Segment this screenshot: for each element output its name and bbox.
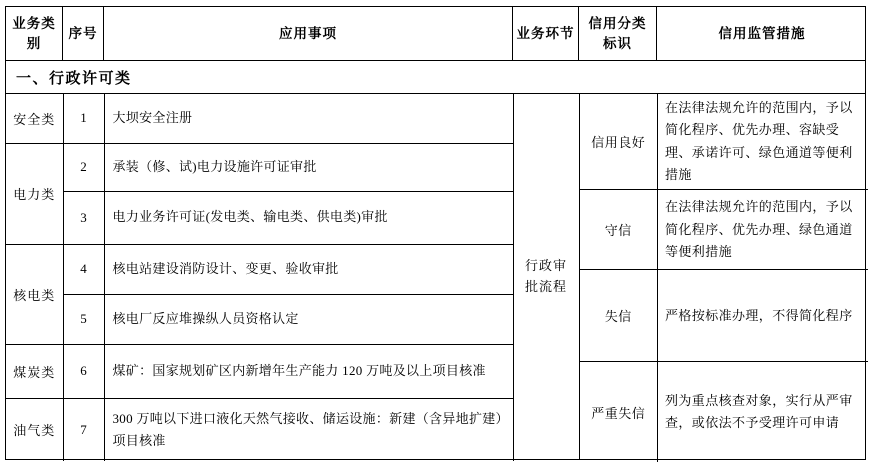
- serial-cell: 6: [63, 344, 104, 398]
- measure-cell: 在法律法规允许的范围内，予以简化程序、优先办理、容缺受理、承诺许可、绿色通道等便…: [658, 94, 868, 190]
- measure-cell: 严格按标准办理，不得简化程序: [658, 270, 868, 362]
- header-business-stage: 业务环节: [513, 7, 579, 60]
- header-credit-measures: 信用监管措施: [657, 7, 867, 60]
- serial-cell: 4: [63, 244, 104, 294]
- serial-cell: 1: [63, 94, 104, 143]
- header-serial-no: 序号: [63, 7, 104, 60]
- category-cell: 电力类: [6, 143, 63, 244]
- item-cell: 煤矿：国家规划矿区内新增年生产能力 120 万吨及以上项目核准: [104, 344, 513, 398]
- category-cell: 安全类: [6, 94, 63, 143]
- table-row: 煤炭类 6 煤矿：国家规划矿区内新增年生产能力 120 万吨及以上项目核准: [6, 344, 513, 398]
- table-row: 油气类 7 300 万吨以下进口液化天然气接收、储运设施：新建（含异地扩建）项目…: [6, 398, 513, 461]
- item-cell: 大坝安全注册: [104, 94, 513, 143]
- credit-label-cell: 守信: [580, 190, 658, 270]
- table-row: 核电类 4 核电站建设消防设计、变更、验收审批: [6, 244, 513, 294]
- table-row: 安全类 1 大坝安全注册: [6, 94, 513, 143]
- measure-cell: 在法律法规允许的范围内，予以简化程序、优先办理、绿色通道等便利措施: [658, 190, 868, 270]
- item-cell: 承装（修、试)电力设施许可证审批: [104, 143, 513, 191]
- section-title: 一、行政许可类: [6, 61, 865, 94]
- table-row: 信用良好 在法律法规允许的范围内，予以简化程序、优先办理、容缺受理、承诺许可、绿…: [580, 94, 868, 190]
- category-cell: 核电类: [6, 244, 63, 344]
- table-row: 电力类 2 承装（修、试)电力设施许可证审批: [6, 143, 513, 191]
- items-subtable: 安全类 1 大坝安全注册 电力类 2 承装（修、试)电力设施许可证审批 3 电力…: [6, 94, 514, 461]
- process-stage-cell: 行政审批流程: [514, 94, 580, 459]
- credit-subtable: 信用良好 在法律法规允许的范围内，予以简化程序、优先办理、容缺受理、承诺许可、绿…: [580, 94, 868, 462]
- table-row: 5 核电厂反应堆操纵人员资格认定: [6, 294, 513, 344]
- credit-label-cell: 信用良好: [580, 94, 658, 190]
- serial-cell: 7: [63, 398, 104, 461]
- category-cell: 油气类: [6, 398, 63, 461]
- credit-label-cell: 失信: [580, 270, 658, 362]
- table-row: 3 电力业务许可证(发电类、输电类、供电类)审批: [6, 191, 513, 244]
- item-cell: 电力业务许可证(发电类、输电类、供电类)审批: [104, 191, 513, 244]
- item-cell: 核电站建设消防设计、变更、验收审批: [104, 244, 513, 294]
- header-business-category: 业务类别: [6, 7, 63, 60]
- document-page: 业务类别 序号 应用事项 业务环节 信用分类标识 信用监管措施 一、行政许可类 …: [0, 0, 871, 464]
- serial-cell: 2: [63, 143, 104, 191]
- serial-cell: 5: [63, 294, 104, 344]
- header-application-item: 应用事项: [104, 7, 513, 60]
- table-body: 安全类 1 大坝安全注册 电力类 2 承装（修、试)电力设施许可证审批 3 电力…: [6, 94, 865, 459]
- credit-label-cell: 严重失信: [580, 362, 658, 462]
- credit-supervision-table: 业务类别 序号 应用事项 业务环节 信用分类标识 信用监管措施 一、行政许可类 …: [5, 6, 866, 460]
- table-row: 守信 在法律法规允许的范围内，予以简化程序、优先办理、绿色通道等便利措施: [580, 190, 868, 270]
- table-row: 严重失信 列为重点核查对象，实行从严审查，或依法不予受理许可申请: [580, 362, 868, 462]
- serial-cell: 3: [63, 191, 104, 244]
- category-cell: 煤炭类: [6, 344, 63, 398]
- header-credit-class-flag: 信用分类标识: [579, 7, 657, 60]
- item-cell: 核电厂反应堆操纵人员资格认定: [104, 294, 513, 344]
- measure-cell: 列为重点核查对象，实行从严审查，或依法不予受理许可申请: [658, 362, 868, 462]
- item-cell: 300 万吨以下进口液化天然气接收、储运设施：新建（含异地扩建）项目核准: [104, 398, 513, 461]
- table-header-row: 业务类别 序号 应用事项 业务环节 信用分类标识 信用监管措施: [6, 7, 865, 61]
- table-row: 失信 严格按标准办理，不得简化程序: [580, 270, 868, 362]
